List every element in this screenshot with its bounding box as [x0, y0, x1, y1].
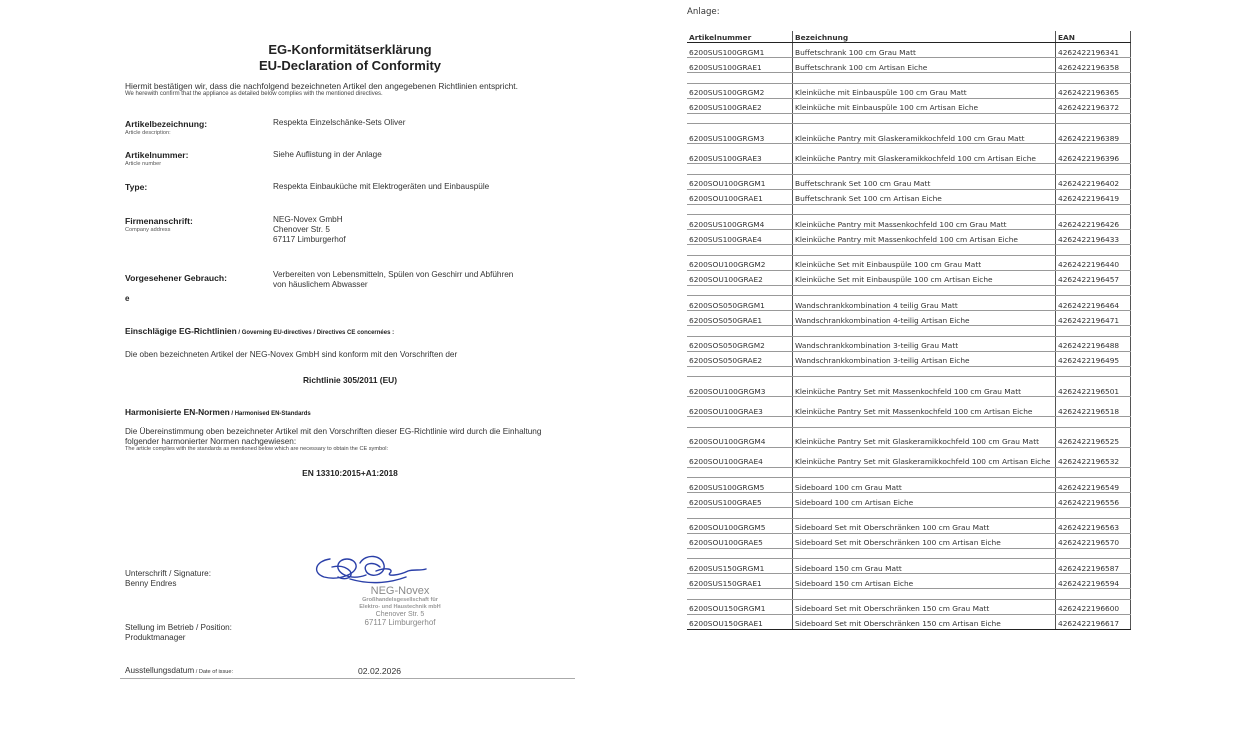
empty-cell	[687, 113, 793, 124]
issue-date-label: Ausstellungsdatum / Date of issue:	[125, 666, 233, 675]
empty-cell	[687, 73, 793, 84]
empty-cell	[687, 417, 793, 428]
article-number-cell: 6200SOU150GRGM1	[687, 599, 793, 614]
standards-heading: Harmonisierte EN-Normen / Harmonised EN-…	[125, 407, 311, 417]
empty-cell	[1056, 113, 1131, 124]
table-row: 6200SOS050GRAE1Wandschrankkombination 4-…	[687, 311, 1131, 326]
article-number-cell: 6200SOS050GRAE1	[687, 311, 793, 326]
annex-table: Artikelnummer Bezeichnung EAN 6200SUS100…	[687, 31, 1131, 630]
table-row: 6200SOU100GRGM2Kleinküche Set mit Einbau…	[687, 255, 1131, 270]
table-row: 6200SUS100GRGM3Kleinküche Pantry mit Gla…	[687, 124, 1131, 144]
table-row: 6200SUS100GRGM1Buffetschrank 100 cm Grau…	[687, 43, 1131, 58]
article-number-cell: 6200SUS100GRGM2	[687, 83, 793, 98]
spacer-row	[687, 113, 1131, 124]
empty-cell	[1056, 366, 1131, 377]
spacer-row	[687, 467, 1131, 478]
annex-title: Anlage:	[687, 7, 720, 17]
table-row: 6200SOU100GRAE5Sideboard Set mit Obersch…	[687, 533, 1131, 548]
ean-cell: 4262422196341	[1056, 43, 1131, 58]
company-stamp: NEG-Novex Großhandelsgesellschaft für El…	[330, 585, 470, 627]
description-cell: Buffetschrank 100 cm Artisan Eiche	[793, 58, 1056, 73]
ean-cell: 4262422196525	[1056, 427, 1131, 447]
empty-cell	[1056, 204, 1131, 215]
article-number-cell: 6200SOU100GRGM2	[687, 255, 793, 270]
spacer-row	[687, 285, 1131, 296]
address-line: NEG-Novex GmbH	[273, 215, 346, 225]
description-cell: Kleinküche Pantry Set mit Massenkochfeld…	[793, 377, 1056, 397]
description-cell: Wandschrankkombination 4-teilig Artisan …	[793, 311, 1056, 326]
description-cell: Sideboard Set mit Oberschränken 100 cm A…	[793, 533, 1056, 548]
annex-table-body: 6200SUS100GRGM1Buffetschrank 100 cm Grau…	[687, 43, 1131, 630]
ean-cell: 4262422196563	[1056, 518, 1131, 533]
empty-cell	[793, 164, 1056, 175]
empty-cell	[1056, 467, 1131, 478]
label-en: Company address	[125, 227, 193, 233]
article-number-cell: 6200SOU100GRAE3	[687, 397, 793, 417]
ean-cell: 4262422196594	[1056, 574, 1131, 589]
empty-cell	[793, 285, 1056, 296]
article-number-cell: 6200SOU100GRGM4	[687, 427, 793, 447]
table-row: 6200SOS050GRAE2Wandschrankkombination 3-…	[687, 351, 1131, 366]
ean-cell: 4262422196372	[1056, 98, 1131, 113]
use-line: Verbereiten von Lebensmitteln, Spülen vo…	[273, 270, 513, 280]
table-row: 6200SOU150GRGM1Sideboard Set mit Obersch…	[687, 599, 1131, 614]
spacer-row	[687, 326, 1131, 337]
empty-cell	[687, 366, 793, 377]
empty-cell	[687, 326, 793, 337]
ean-cell: 4262422196549	[1056, 478, 1131, 493]
article-description-label: Artikelbezeichnung: Article description:	[125, 119, 207, 136]
table-row: 6200SUS150GRAE1Sideboard 150 cm Artisan …	[687, 574, 1131, 589]
spacer-row	[687, 164, 1131, 175]
ean-cell: 4262422196518	[1056, 397, 1131, 417]
ean-cell: 4262422196488	[1056, 336, 1131, 351]
company-address-label: Firmenanschrift: Company address	[125, 216, 193, 233]
heading-de: Einschlägige EG-Richtlinien	[125, 326, 237, 336]
spacer-row	[687, 73, 1131, 84]
article-number-cell: 6200SOU100GRAE4	[687, 447, 793, 467]
empty-cell	[1056, 589, 1131, 600]
article-number-cell: 6200SOS050GRGM1	[687, 296, 793, 311]
spacer-row	[687, 245, 1131, 256]
table-row: 6200SOU100GRAE3Kleinküche Pantry Set mit…	[687, 397, 1131, 417]
column-header-ean: EAN	[1056, 31, 1131, 43]
description-cell: Sideboard 150 cm Artisan Eiche	[793, 574, 1056, 589]
table-row: 6200SUS100GRGM4Kleinküche Pantry mit Mas…	[687, 215, 1131, 230]
empty-cell	[793, 113, 1056, 124]
empty-cell	[793, 548, 1056, 559]
intro-german: Hiermit bestätigen wir, dass die nachfol…	[125, 81, 518, 91]
article-number-cell: 6200SUS150GRGM1	[687, 559, 793, 574]
empty-cell	[687, 164, 793, 175]
description-cell: Wandschrankkombination 3-teilig Grau Mat…	[793, 336, 1056, 351]
spacer-row	[687, 204, 1131, 215]
empty-cell	[793, 326, 1056, 337]
heading-de: Harmonisierte EN-Normen	[125, 407, 230, 417]
description-cell: Kleinküche Pantry mit Massenkochfeld 100…	[793, 230, 1056, 245]
description-cell: Kleinküche Pantry mit Glaskeramikkochfel…	[793, 144, 1056, 164]
ean-cell: 4262422196426	[1056, 215, 1131, 230]
title-english: EU-Declaration of Conformity	[120, 58, 580, 73]
ean-cell: 4262422196433	[1056, 230, 1131, 245]
article-number-cell: 6200SOU100GRAE5	[687, 533, 793, 548]
ean-cell: 4262422196471	[1056, 311, 1131, 326]
ean-cell: 4262422196464	[1056, 296, 1131, 311]
empty-cell	[793, 508, 1056, 519]
stamp-brand: NEG-Novex	[330, 585, 470, 597]
empty-cell	[1056, 548, 1131, 559]
signatory-name: Benny Endres	[125, 579, 211, 589]
empty-cell	[1056, 73, 1131, 84]
table-row: 6200SOU100GRAE4Kleinküche Pantry Set mit…	[687, 447, 1131, 467]
ean-cell: 4262422196587	[1056, 559, 1131, 574]
description-cell: Kleinküche mit Einbauspüle 100 cm Grau M…	[793, 83, 1056, 98]
title-german: EG-Konformitätserklärung	[120, 42, 580, 57]
signature-block: Unterschrift / Signature: Benny Endres	[125, 569, 211, 589]
empty-cell	[793, 245, 1056, 256]
ean-cell: 4262422196600	[1056, 599, 1131, 614]
article-number-cell: 6200SUS100GRAE4	[687, 230, 793, 245]
empty-cell	[687, 467, 793, 478]
description-cell: Sideboard Set mit Oberschränken 150 cm G…	[793, 599, 1056, 614]
ean-cell: 4262422196556	[1056, 493, 1131, 508]
empty-cell	[793, 417, 1056, 428]
ean-cell: 4262422196389	[1056, 124, 1131, 144]
spacer-row	[687, 589, 1131, 600]
table-row: 6200SOU100GRGM3Kleinküche Pantry Set mit…	[687, 377, 1131, 397]
table-row: 6200SUS100GRAE4Kleinküche Pantry mit Mas…	[687, 230, 1131, 245]
description-cell: Kleinküche Pantry mit Massenkochfeld 100…	[793, 215, 1056, 230]
table-row: 6200SUS100GRAE5Sideboard 100 cm Artisan …	[687, 493, 1131, 508]
description-cell: Kleinküche Set mit Einbauspüle 100 cm Gr…	[793, 255, 1056, 270]
label-de: Artikelbezeichnung:	[125, 119, 207, 129]
article-number-cell: 6200SOS050GRAE2	[687, 351, 793, 366]
description-cell: Sideboard Set mit Oberschränken 100 cm G…	[793, 518, 1056, 533]
article-number-cell: 6200SOS050GRGM2	[687, 336, 793, 351]
company-address-value: NEG-Novex GmbH Chenover Str. 5 67117 Lim…	[273, 215, 346, 245]
empty-cell	[1056, 245, 1131, 256]
description-cell: Kleinküche Set mit Einbauspüle 100 cm Ar…	[793, 270, 1056, 285]
table-row: 6200SOU100GRGM5Sideboard Set mit Obersch…	[687, 518, 1131, 533]
label-de: Vorgesehener Gebrauch:	[125, 273, 227, 283]
empty-cell	[1056, 417, 1131, 428]
description-cell: Sideboard 150 cm Grau Matt	[793, 559, 1056, 574]
standards-text: Die Übereinstimmung oben bezeichneter Ar…	[125, 427, 565, 453]
ean-cell: 4262422196617	[1056, 614, 1131, 629]
column-header-article-number: Artikelnummer	[687, 31, 793, 43]
stamp-line: Elektro- und Haustechnik mbH	[330, 604, 470, 611]
date-label-de: Ausstellungsdatum	[125, 666, 194, 675]
address-line: 67117 Limburgerhof	[273, 235, 346, 245]
directive-number: Richtlinie 305/2011 (EU)	[120, 375, 580, 385]
empty-cell	[793, 589, 1056, 600]
description-cell: Kleinküche Pantry Set mit Glaskeramikkoc…	[793, 447, 1056, 467]
address-line: Chenover Str. 5	[273, 225, 346, 235]
table-row: 6200SOU100GRGM1Buffetschrank Set 100 cm …	[687, 174, 1131, 189]
empty-cell	[793, 73, 1056, 84]
ean-cell: 4262422196495	[1056, 351, 1131, 366]
table-row: 6200SOS050GRGM2Wandschrankkombination 3-…	[687, 336, 1131, 351]
heading-en: / Harmonised EN-Standards	[230, 411, 311, 417]
label-de: Type:	[125, 182, 147, 192]
position-value: Produktmanager	[125, 633, 232, 643]
empty-cell	[1056, 164, 1131, 175]
ean-cell: 4262422196358	[1056, 58, 1131, 73]
empty-cell	[793, 366, 1056, 377]
ean-cell: 4262422196532	[1056, 447, 1131, 467]
empty-cell	[687, 548, 793, 559]
article-number-cell: 6200SOU100GRGM5	[687, 518, 793, 533]
date-label-en: / Date of issue:	[194, 669, 233, 675]
signature-label: Unterschrift / Signature:	[125, 569, 211, 579]
table-row: 6200SUS150GRGM1Sideboard 150 cm Grau Mat…	[687, 559, 1131, 574]
article-number-cell: 6200SUS100GRAE2	[687, 98, 793, 113]
article-number-cell: 6200SOU100GRGM3	[687, 377, 793, 397]
table-header-row: Artikelnummer Bezeichnung EAN	[687, 31, 1131, 43]
empty-cell	[687, 204, 793, 215]
description-cell: Sideboard 100 cm Grau Matt	[793, 478, 1056, 493]
table-row: 6200SOU100GRAE2Kleinküche Set mit Einbau…	[687, 270, 1131, 285]
ean-cell: 4262422196570	[1056, 533, 1131, 548]
article-number-cell: 6200SUS100GRAE3	[687, 144, 793, 164]
table-row: 6200SUS100GRAE1Buffetschrank 100 cm Arti…	[687, 58, 1131, 73]
spacer-row	[687, 366, 1131, 377]
article-number-cell: 6200SUS100GRAE5	[687, 493, 793, 508]
type-label: Type:	[125, 182, 147, 192]
empty-cell	[1056, 326, 1131, 337]
description-cell: Buffetschrank Set 100 cm Grau Matt	[793, 174, 1056, 189]
article-number-cell: 6200SUS100GRGM4	[687, 215, 793, 230]
ean-cell: 4262422196457	[1056, 270, 1131, 285]
intended-use-value: Verbereiten von Lebensmitteln, Spülen vo…	[273, 270, 513, 290]
article-number-cell: 6200SUS100GRGM1	[687, 43, 793, 58]
intended-use-label: Vorgesehener Gebrauch:	[125, 273, 227, 283]
ean-cell: 4262422196440	[1056, 255, 1131, 270]
table-row: 6200SOU100GRGM4Kleinküche Pantry Set mit…	[687, 427, 1131, 447]
article-number-cell: 6200SOU100GRAE2	[687, 270, 793, 285]
description-cell: Sideboard Set mit Oberschränken 150 cm A…	[793, 614, 1056, 629]
description-cell: Kleinküche Pantry mit Glaskeramikkochfel…	[793, 124, 1056, 144]
description-cell: Kleinküche Pantry Set mit Glaskeramikkoc…	[793, 427, 1056, 447]
ean-cell: 4262422196396	[1056, 144, 1131, 164]
article-number-cell: 6200SOU100GRAE1	[687, 189, 793, 204]
table-row: 6200SOU150GRAE1Sideboard Set mit Obersch…	[687, 614, 1131, 629]
heading-en: / Governing EU-directives / Directives C…	[237, 330, 394, 336]
article-number-cell: 6200SOU150GRAE1	[687, 614, 793, 629]
directives-text: Die oben bezeichneten Artikel der NEG-No…	[125, 350, 565, 360]
table-row: 6200SUS100GRGM2Kleinküche mit Einbauspül…	[687, 83, 1131, 98]
standards-text-en: The article complies with the standards …	[125, 446, 565, 453]
description-cell: Buffetschrank Set 100 cm Artisan Eiche	[793, 189, 1056, 204]
table-row: 6200SOU100GRAE1Buffetschrank Set 100 cm …	[687, 189, 1131, 204]
empty-cell	[687, 589, 793, 600]
empty-cell	[793, 204, 1056, 215]
description-cell: Sideboard 100 cm Artisan Eiche	[793, 493, 1056, 508]
description-cell: Wandschrankkombination 3-teilig Artisan …	[793, 351, 1056, 366]
stamp-city: 67117 Limburgerhof	[330, 619, 470, 627]
label-en: Article description:	[125, 130, 207, 136]
empty-cell	[793, 467, 1056, 478]
description-cell: Kleinküche mit Einbauspüle 100 cm Artisa…	[793, 98, 1056, 113]
description-cell: Kleinküche Pantry Set mit Massenkochfeld…	[793, 397, 1056, 417]
table-row: 6200SOS050GRGM1Wandschrankkombination 4 …	[687, 296, 1131, 311]
type-value: Respekta Einbauküche mit Elektrogeräten …	[273, 182, 489, 192]
label-de: Firmenanschrift:	[125, 216, 193, 226]
article-number-cell: 6200SUS150GRAE1	[687, 574, 793, 589]
date-rule	[120, 678, 575, 679]
article-number-cell: 6200SUS100GRGM3	[687, 124, 793, 144]
empty-cell	[1056, 508, 1131, 519]
intended-use-sub: e	[125, 294, 129, 303]
table-row: 6200SUS100GRAE3Kleinküche Pantry mit Gla…	[687, 144, 1131, 164]
spacer-row	[687, 548, 1131, 559]
intro-text: Hiermit bestätigen wir, dass die nachfol…	[125, 81, 565, 98]
standards-text-de: Die Übereinstimmung oben bezeichneter Ar…	[125, 427, 541, 446]
table-row: 6200SUS100GRGM5Sideboard 100 cm Grau Mat…	[687, 478, 1131, 493]
article-number-label: Artikelnummer: Article number	[125, 150, 189, 167]
empty-cell	[1056, 285, 1131, 296]
empty-cell	[687, 508, 793, 519]
position-label: Stellung im Betrieb / Position:	[125, 623, 232, 633]
description-cell: Wandschrankkombination 4 teilig Grau Mat…	[793, 296, 1056, 311]
ean-cell: 4262422196402	[1056, 174, 1131, 189]
ean-cell: 4262422196501	[1056, 377, 1131, 397]
empty-cell	[687, 285, 793, 296]
label-en: Article number	[125, 161, 189, 167]
directives-heading: Einschlägige EG-Richtlinien / Governing …	[125, 326, 394, 336]
intro-english: We herewith confirm that the appliance a…	[125, 91, 565, 98]
article-description-value: Respekta Einzelschänke-Sets Oliver	[273, 118, 405, 128]
issue-date-value: 02.02.2026	[358, 666, 401, 676]
standard-number: EN 13310:2015+A1:2018	[120, 468, 580, 478]
ean-cell: 4262422196365	[1056, 83, 1131, 98]
label-de: Artikelnummer:	[125, 150, 189, 160]
empty-cell	[687, 245, 793, 256]
spacer-row	[687, 508, 1131, 519]
article-number-cell: 6200SUS100GRGM5	[687, 478, 793, 493]
column-header-description: Bezeichnung	[793, 31, 1056, 43]
article-number-cell: 6200SUS100GRAE1	[687, 58, 793, 73]
article-number-cell: 6200SOU100GRGM1	[687, 174, 793, 189]
spacer-row	[687, 417, 1131, 428]
use-line: von häuslichem Abwasser	[273, 280, 513, 290]
declaration-page: EG-Konformitätserklärung EU-Declaration …	[120, 0, 580, 743]
table-row: 6200SUS100GRAE2Kleinküche mit Einbauspül…	[687, 98, 1131, 113]
position-block: Stellung im Betrieb / Position: Produktm…	[125, 623, 232, 643]
stamp-line: Großhandelsgesellschaft für	[330, 597, 470, 604]
article-number-value: Siehe Auflistung in der Anlage	[273, 150, 382, 160]
description-cell: Buffetschrank 100 cm Grau Matt	[793, 43, 1056, 58]
ean-cell: 4262422196419	[1056, 189, 1131, 204]
